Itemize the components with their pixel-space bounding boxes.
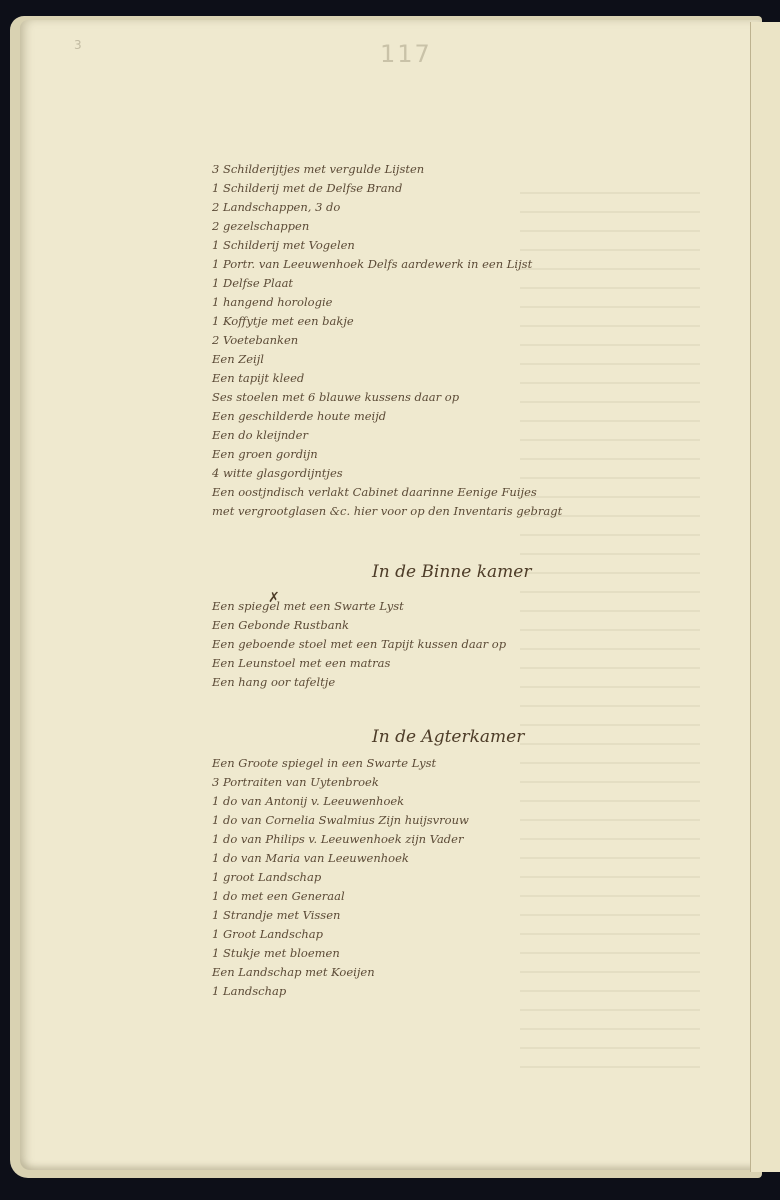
inventory-line: Een oostjndisch verlakt Cabinet daarinne…	[212, 483, 732, 502]
inventory-line: 2 Landschappen, 3 do	[212, 198, 732, 217]
inventory-line: 4 witte glasgordijntjes	[212, 464, 732, 483]
section-heading-binnekamer: In de Binne kamer	[372, 561, 732, 583]
inventory-line: 1 Groot Landschap	[212, 925, 732, 944]
inventory-line: 1 Delfse Plaat	[212, 274, 732, 293]
inventory-line: 1 Stukje met bloemen	[212, 944, 732, 963]
inventory-line: Een Leunstoel met een matras	[212, 654, 732, 673]
inventory-line: 1 Schilderij met de Delfse Brand	[212, 179, 732, 198]
inventory-line: Een tapijt kleed	[212, 369, 732, 388]
inventory-line: 1 do van Antonij v. Leeuwenhoek	[212, 792, 732, 811]
inventory-line: Een Groote spiegel in een Swarte Lyst	[212, 754, 732, 773]
inventory-line: 1 do van Maria van Leeuwenhoek	[212, 849, 732, 868]
inventory-line: Een Zeijl	[212, 350, 732, 369]
inventory-line: Een do kleijnder	[212, 426, 732, 445]
inventory-line: 1 do met een Generaal	[212, 887, 732, 906]
inventory-line: Een groen gordijn	[212, 445, 732, 464]
section-binnekamer: Een spiegel met een Swarte Lyst Een Gebo…	[212, 597, 732, 692]
inventory-line: 1 Koffytje met een bakje	[212, 312, 732, 331]
manuscript-text: 3 Schilderijtjes met vergulde Lijsten 1 …	[212, 160, 732, 1001]
inventory-line: Een geboende stoel met een Tapijt kussen…	[212, 635, 732, 654]
inventory-line: 3 Schilderijtjes met vergulde Lijsten	[212, 160, 732, 179]
folio-number: 117	[380, 40, 432, 68]
inventory-line: Een geschilderde houte meijd	[212, 407, 732, 426]
inventory-line: Een Landschap met Koeijen	[212, 963, 732, 982]
inventory-line: 1 hangend horologie	[212, 293, 732, 312]
inventory-line: met vergrootglasen &c. hier voor op den …	[212, 502, 732, 521]
next-page-edge	[750, 22, 780, 1172]
inventory-line: Een Gebonde Rustbank	[212, 616, 732, 635]
corner-mark: 3	[74, 38, 82, 52]
inventory-line: 1 Portr. van Leeuwenhoek Delfs aardewerk…	[212, 255, 732, 274]
section-voorkamer: 3 Schilderijtjes met vergulde Lijsten 1 …	[212, 160, 732, 521]
inventory-line: Een hang oor tafeltje	[212, 673, 732, 692]
section-agterkamer: Een Groote spiegel in een Swarte Lyst 3 …	[212, 754, 732, 1001]
inventory-line: 1 groot Landschap	[212, 868, 732, 887]
inventory-line: 1 do van Philips v. Leeuwenhoek zijn Vad…	[212, 830, 732, 849]
inventory-line: 2 gezelschappen	[212, 217, 732, 236]
inventory-line: 1 Landschap	[212, 982, 732, 1001]
inventory-line: Een spiegel met een Swarte Lyst	[212, 597, 732, 616]
section-heading-agterkamer: In de Agterkamer	[372, 726, 732, 748]
inventory-line: 1 Strandje met Vissen	[212, 906, 732, 925]
inventory-line: Ses stoelen met 6 blauwe kussens daar op	[212, 388, 732, 407]
inventory-line: 2 Voetebanken	[212, 331, 732, 350]
inventory-line: 1 do van Cornelia Swalmius Zijn huijsvro…	[212, 811, 732, 830]
inventory-line: 3 Portraiten van Uytenbroek	[212, 773, 732, 792]
inventory-line: 1 Schilderij met Vogelen	[212, 236, 732, 255]
